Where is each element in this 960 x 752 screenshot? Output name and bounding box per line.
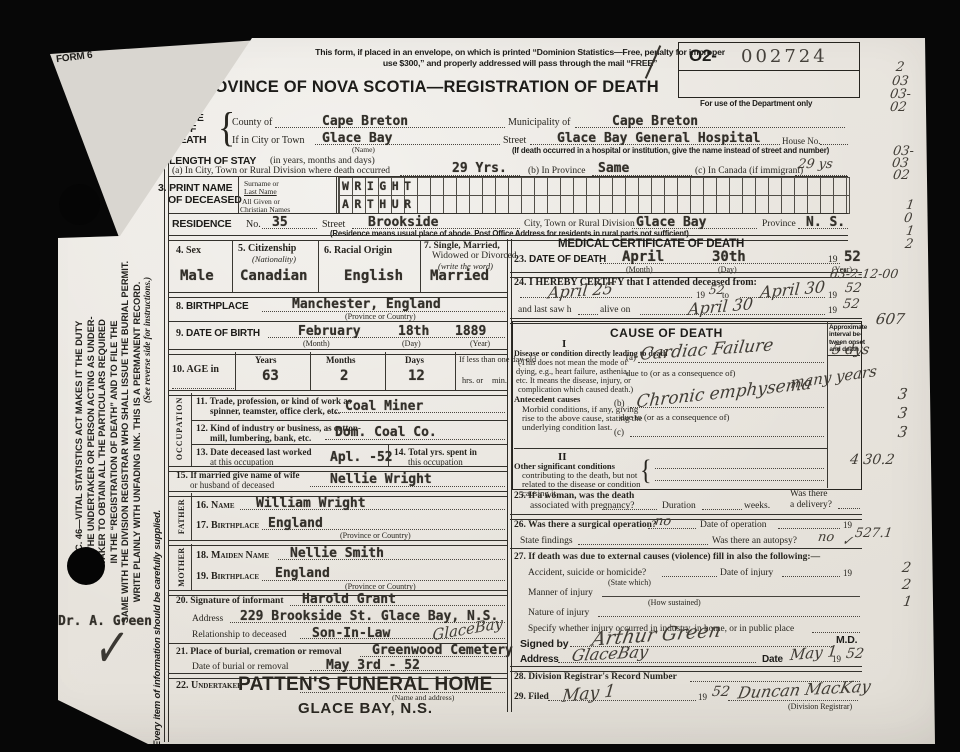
surname-value: WRIGHT xyxy=(342,179,417,193)
field-label: Was there a surgical operation? xyxy=(528,520,657,530)
birth-month-sub: (Month) xyxy=(303,339,330,348)
direct-cause-note: (This does not mean the mode of xyxy=(518,358,627,367)
margin-mark: 1 xyxy=(902,594,913,610)
interval-header-line: interval be- xyxy=(829,331,859,338)
field-number: 28. xyxy=(514,672,526,682)
rule xyxy=(514,448,827,449)
field-number: 5. xyxy=(238,243,246,254)
margin-mark: 02 xyxy=(892,168,911,183)
due-to-label: due to (or as a consequence of) xyxy=(626,368,735,378)
margin-mark: 2 xyxy=(904,237,914,252)
margin-mark: 02 xyxy=(889,100,908,115)
given-name-value: ARTHUR xyxy=(342,197,417,211)
registration-prefix: O2- xyxy=(689,46,717,66)
field-number: 14. xyxy=(394,448,406,458)
county-value: Cape Breton xyxy=(322,114,408,129)
field-number: 16. xyxy=(196,500,209,511)
cell-divider xyxy=(318,240,319,293)
field-number: 23. xyxy=(514,254,527,265)
registration-number-box: O2- 002724 xyxy=(678,42,860,98)
margin-mark: 607 xyxy=(875,310,906,328)
how-sustained-label: (How sustained) xyxy=(648,598,701,607)
field-label: Name xyxy=(211,500,235,511)
form-code: FORM 6 xyxy=(55,50,93,65)
injury-year-pre: 19 xyxy=(843,568,852,578)
age-months-value: 2 xyxy=(340,368,348,384)
field-number: 18. xyxy=(196,550,209,561)
hole-punch xyxy=(67,547,105,585)
autopsy-label: Was there an autopsy? xyxy=(712,536,797,546)
field-number: 10. xyxy=(172,364,185,375)
leader-line xyxy=(602,509,657,510)
margin-mark: 2 xyxy=(901,577,912,593)
age-hrs-label: hrs. or xyxy=(462,376,483,385)
cell-divider xyxy=(336,176,337,213)
informant-address-label: Address xyxy=(192,614,223,624)
mother-side-label: MOTHER xyxy=(177,544,186,590)
municipality-label: Municipality of xyxy=(508,117,571,128)
spouse-value: Nellie Wright xyxy=(330,472,432,487)
division-registrar-sub: (Division Registrar) xyxy=(788,702,852,711)
industry-label2: mill, lumbering, bank, etc. xyxy=(210,433,311,443)
racial-origin-value: English xyxy=(344,268,403,284)
antecedent-label: Antecedent causes xyxy=(514,394,580,404)
cell-divider xyxy=(388,445,389,467)
sex-label: 4. Sex xyxy=(176,245,201,256)
autopsy-value: no xyxy=(817,530,835,545)
margin-mark: 3 xyxy=(897,385,909,403)
province-value: N. S. xyxy=(806,215,845,230)
certify-to-value: April 30 xyxy=(759,277,826,302)
field-label: BIRTHPLACE xyxy=(186,301,248,312)
certify-year-pre3: 19 xyxy=(828,305,837,315)
rule xyxy=(168,213,848,214)
age-days-value: 12 xyxy=(408,368,425,384)
field-number: 19. xyxy=(196,571,209,582)
father-birthplace-sub: (Province or Country) xyxy=(340,531,411,540)
field-number: 25. xyxy=(514,491,526,501)
leader-line xyxy=(778,528,840,529)
leader-line xyxy=(630,436,824,437)
county-label: County of xyxy=(232,117,272,128)
birthplace-sub: (Province or Country) xyxy=(345,312,416,321)
field-number: 7. xyxy=(424,241,431,251)
birthdate-label: 9. DATE OF BIRTH xyxy=(176,328,260,339)
alive-year: 52 xyxy=(842,297,861,312)
interval-header-line: Approximate xyxy=(829,324,859,331)
field-label: Birthplace xyxy=(211,520,259,531)
residence-label: RESIDENCE xyxy=(172,218,231,230)
leader-line xyxy=(598,616,860,617)
informant-label: 20. Signature of informant xyxy=(176,596,284,606)
field-label: Division Registrar's Record Number xyxy=(528,672,677,682)
leader-line xyxy=(630,407,824,408)
leader-line xyxy=(262,228,317,229)
citizenship-label: 5. Citizenship xyxy=(238,243,296,254)
division-label: City, Town or Rural Division xyxy=(524,219,635,229)
burial-label: 21. Place of burial, cremation or remova… xyxy=(176,647,342,657)
rule xyxy=(192,420,507,421)
citizenship-sub: (Nationality) xyxy=(252,254,296,264)
age-days-label: Days xyxy=(405,355,424,365)
death-month-value: April xyxy=(622,249,664,265)
city-value: Glace Bay xyxy=(322,131,392,146)
stay-c-value: 29 ys xyxy=(797,157,834,172)
leader-line xyxy=(782,576,840,577)
field-label: Racial Origin xyxy=(334,245,392,256)
field-label: Total yrs. spent in xyxy=(408,447,477,457)
field-number: 15. xyxy=(176,471,188,481)
city-sub-label: (Name) xyxy=(352,145,375,154)
field-label: Date deceased last worked xyxy=(210,447,311,457)
field-label: Sex xyxy=(186,245,201,256)
antecedent-note: underlying condition last. xyxy=(522,422,612,432)
stay-b-value: Same xyxy=(598,161,629,176)
industry-value: Dom. Coal Co. xyxy=(335,425,437,440)
field-label: PRINT NAME xyxy=(169,182,232,194)
date-label: Date xyxy=(762,654,783,665)
cause-a-label: (a) xyxy=(626,352,636,362)
field-number: 21. xyxy=(176,647,188,657)
address-label: Address xyxy=(520,654,559,665)
birth-year-sub: (Year) xyxy=(470,339,490,348)
rule xyxy=(602,596,860,597)
undertaker-stamp-city: GLACE BAY, N.S. xyxy=(298,700,433,717)
pregnancy-label: 25. If a woman, was the death xyxy=(514,491,634,501)
group-divider xyxy=(191,393,192,467)
death-year-pre: 19 xyxy=(828,255,838,265)
cell-divider xyxy=(310,352,311,390)
margin-mark: 2 xyxy=(895,60,905,75)
md-label: M.D. xyxy=(836,634,857,646)
burial-date-label: Date of burial or removal xyxy=(192,662,289,672)
margin-mark: 4 30.2 xyxy=(849,452,896,468)
delivery-label1: Was there xyxy=(790,489,827,499)
interval-column-divider xyxy=(827,321,828,488)
field-label: Signature of informant xyxy=(190,596,283,606)
birth-month-value: February xyxy=(298,324,361,339)
residence-no-label: No. xyxy=(246,219,261,230)
group-divider xyxy=(191,493,192,541)
field-number: 4. xyxy=(176,245,184,256)
field-number: 9. xyxy=(176,328,184,339)
supply-note: Every item of information should be care… xyxy=(152,337,163,747)
direct-cause-note: etc. It means the disease, injury, or xyxy=(516,376,631,385)
mother-name-label: 18. Maiden Name xyxy=(196,550,269,561)
field-label: Maiden Name xyxy=(211,550,269,561)
leader-line xyxy=(702,509,742,510)
death-year-value: 52 xyxy=(844,249,861,265)
field-number: 17. xyxy=(196,520,209,531)
field-label: Trade, profession, or kind of work as xyxy=(210,396,352,406)
rule xyxy=(510,548,862,549)
delivery-label2: a delivery? xyxy=(790,500,832,510)
leader-line xyxy=(728,700,858,701)
field-label: Undertaker xyxy=(191,680,242,691)
certify-from-value: April 25 xyxy=(547,279,614,303)
spouse-label2: or husband of deceased xyxy=(190,480,274,490)
signed-year: 52 xyxy=(845,646,865,662)
age-years-value: 63 xyxy=(262,368,279,384)
stay-label-paren: (in years, months and days) xyxy=(270,156,375,166)
sex-value: Male xyxy=(180,268,214,284)
age-min-label: min. xyxy=(492,376,507,385)
stay-c-label: (c) In Canada (if immigrant) xyxy=(695,166,803,176)
field-number: 26. xyxy=(514,520,526,530)
father-name-label: 16. Name xyxy=(196,500,235,511)
nature-label: Nature of injury xyxy=(528,608,589,618)
father-side-label: FATHER xyxy=(177,494,186,539)
margin-mark: 3 xyxy=(897,404,909,422)
filed-label: 29. Filed xyxy=(514,692,549,702)
burial-value: Greenwood Cemetery xyxy=(372,643,513,658)
father-name-value: William Wright xyxy=(256,496,366,511)
age-years-label: Years xyxy=(255,355,277,365)
field-label: If a woman, was the death xyxy=(528,491,634,501)
residence-street-value: Brookside xyxy=(368,215,438,230)
signed-by-label: Signed by xyxy=(520,638,568,650)
leader-line xyxy=(655,480,824,481)
cause-title: CAUSE OF DEATH xyxy=(610,326,723,340)
stay-b-label: (b) In Province xyxy=(528,166,586,176)
field-label: If married give name of wife xyxy=(190,470,299,480)
field-number: 13. xyxy=(196,448,208,458)
street-label: Street xyxy=(503,135,526,146)
mother-birthplace-label: 19. Birthplace xyxy=(196,571,259,582)
death-date-label: 23. DATE OF DEATH xyxy=(514,254,606,265)
occupation-side-label: OCCUPATION xyxy=(175,393,184,464)
registration-number: 002724 xyxy=(741,46,828,67)
field-number: 24. xyxy=(514,277,527,288)
field-number: 27. xyxy=(514,552,526,562)
trade-value: Coal Miner xyxy=(345,399,423,414)
due-to2-label: due to (or as a consequence of) xyxy=(620,412,729,422)
direct-cause-note: complication which caused death.) xyxy=(518,385,633,394)
cell-divider xyxy=(385,352,386,390)
hole-punch xyxy=(59,184,100,225)
birthplace-value: Manchester, England xyxy=(292,297,441,312)
alive-on-label: alive on xyxy=(600,305,630,315)
reverse-side-note: (See reverse side for instructions.) xyxy=(142,175,152,505)
weeks-label: weeks. xyxy=(744,501,770,511)
birth-day-sub: (Day) xyxy=(402,339,421,348)
department-note: For use of the Department only xyxy=(700,99,812,108)
street-note: (If death occurred in a hospital or inst… xyxy=(512,146,829,155)
field-number: 11. xyxy=(196,397,207,407)
field-number: 22. xyxy=(176,680,189,691)
birth-year-value: 1889 xyxy=(455,324,486,339)
findings-label: State findings xyxy=(520,536,573,546)
certify-to-year: 52 xyxy=(844,281,863,296)
margin-cert-code: 63-2-12-00 xyxy=(829,266,899,281)
field-number: 3. xyxy=(158,182,166,194)
last-worked-value: Apl. -52 xyxy=(330,450,393,465)
field-number: 20. xyxy=(176,596,188,606)
birth-day-value: 18th xyxy=(398,324,429,339)
municipality-value: Cape Breton xyxy=(612,114,698,129)
informant-value: Harold Grant xyxy=(302,592,396,607)
field-label: DATE OF BIRTH xyxy=(186,328,260,339)
age-label: 10. AGE in xyxy=(172,364,219,375)
date-value: May 1 xyxy=(789,642,838,664)
other-brace: { xyxy=(640,455,652,487)
stay-a-label: (a) In City, Town or Rural Division wher… xyxy=(172,166,390,176)
operation-year-pre: 19 xyxy=(843,520,852,530)
operation-label: 26. Was there a surgical operation? xyxy=(514,520,657,530)
form-title: PROVINCE OF NOVA SCOTIA—REGISTRATION OF … xyxy=(180,78,670,97)
margin-mark: 527.1 xyxy=(854,526,893,541)
field-number: 12. xyxy=(196,424,208,434)
cause-a-interval: 5 dys xyxy=(831,342,871,358)
field-label: Citizenship xyxy=(248,243,296,254)
margin-mark: 3 xyxy=(897,423,909,441)
signed-year-pre: 19 xyxy=(832,654,841,664)
undertaker-label: 22. Undertaker xyxy=(176,680,242,691)
field-label: DATE OF DEATH xyxy=(529,254,606,265)
marital-label: 7. Single, Married, xyxy=(424,241,500,251)
certify-year-pre2: 19 xyxy=(828,290,837,300)
cell-divider xyxy=(235,352,236,390)
cause-c-label: (c) xyxy=(614,427,624,437)
filed-year: 52 xyxy=(711,684,731,700)
operation-date-label: Date of operation xyxy=(700,520,766,530)
age-months-label: Months xyxy=(326,355,356,365)
father-birthplace-label: 17. Birthplace xyxy=(196,520,259,531)
mother-birthplace-value: England xyxy=(275,566,330,581)
leader-line xyxy=(662,576,717,577)
leader-line xyxy=(838,508,860,509)
leader-line xyxy=(812,632,860,633)
stay-a-value: 29 Yrs. xyxy=(452,161,507,176)
cause-b-label: (b) xyxy=(614,398,625,408)
racial-origin-label: 6. Racial Origin xyxy=(324,245,392,256)
group-divider xyxy=(191,544,192,591)
residence-no-value: 35 xyxy=(272,215,288,230)
manner-label: Manner of injury xyxy=(528,588,593,598)
burial-date-value: May 3rd - 52 xyxy=(326,658,420,673)
province-label: Province xyxy=(762,219,796,229)
filed-year-pre: 19 xyxy=(698,692,707,702)
registrar-record-label: 28. Division Registrar's Record Number xyxy=(514,672,677,682)
field-label: Birthplace xyxy=(211,571,259,582)
filed-date-value: May 1 xyxy=(561,681,616,707)
last-saw-label: and last saw h xyxy=(518,305,572,315)
father-birthplace-value: England xyxy=(268,516,323,531)
cell-divider xyxy=(455,352,456,390)
field-number: 6. xyxy=(324,245,332,256)
informant-relation-label: Relationship to deceased xyxy=(192,630,286,640)
death-day-value: 30th xyxy=(712,249,746,265)
division-value: Glace Bay xyxy=(636,215,706,230)
rule xyxy=(192,444,507,445)
city-label: If in City or Town xyxy=(232,135,304,146)
injury-date-label: Date of injury xyxy=(720,568,773,578)
leader-line xyxy=(578,544,708,545)
external-label: 27. If death was due to external causes … xyxy=(514,552,820,562)
leader-line xyxy=(172,388,234,389)
leader-line xyxy=(578,314,598,315)
cell-divider xyxy=(420,240,421,293)
birthplace-label: 8. BIRTHPLACE xyxy=(176,301,248,312)
leader-line xyxy=(655,468,824,469)
field-label: If death was due to external causes (vio… xyxy=(528,552,820,562)
name-label: 3. PRINT NAME xyxy=(158,182,232,194)
marital-label2: Widowed or Divorced xyxy=(432,251,517,261)
cell-divider xyxy=(238,176,239,213)
rule xyxy=(168,321,507,322)
citizenship-value: Canadian xyxy=(240,268,307,284)
leader-line xyxy=(820,144,848,145)
cell-divider xyxy=(232,240,233,293)
house-no-label: House No. xyxy=(782,136,821,146)
informant-relation-value: Son-In-Law xyxy=(312,626,390,641)
field-number: 29. xyxy=(514,692,526,702)
operation-value: no xyxy=(654,514,672,529)
duration-label: Duration xyxy=(662,501,696,511)
name-label2: OF DECEASED xyxy=(168,194,242,206)
field-label: AGE in xyxy=(186,364,219,375)
field-label: Filed xyxy=(528,692,549,702)
street-value: Glace Bay General Hospital xyxy=(557,131,761,146)
accident-label: Accident, suicide or homicide? xyxy=(528,568,646,578)
marital-value: Married xyxy=(430,268,489,284)
mother-name-value: Nellie Smith xyxy=(290,546,384,561)
field-number: 8. xyxy=(176,301,184,312)
trade-label2: spinner, teamster, office clerk, etc. xyxy=(210,406,340,416)
margin-mark: 2 xyxy=(901,560,912,576)
direct-cause-note: dying, e.g., heart failure, asthenia, xyxy=(516,367,629,376)
field-label: Single, Married, xyxy=(434,241,500,251)
state-which-label: (State which) xyxy=(608,578,651,587)
margin-checkmark: ✓ xyxy=(841,534,854,549)
surname-label2: Last Name xyxy=(244,187,277,196)
field-label: Place of burial, cremation or removal xyxy=(190,647,341,657)
